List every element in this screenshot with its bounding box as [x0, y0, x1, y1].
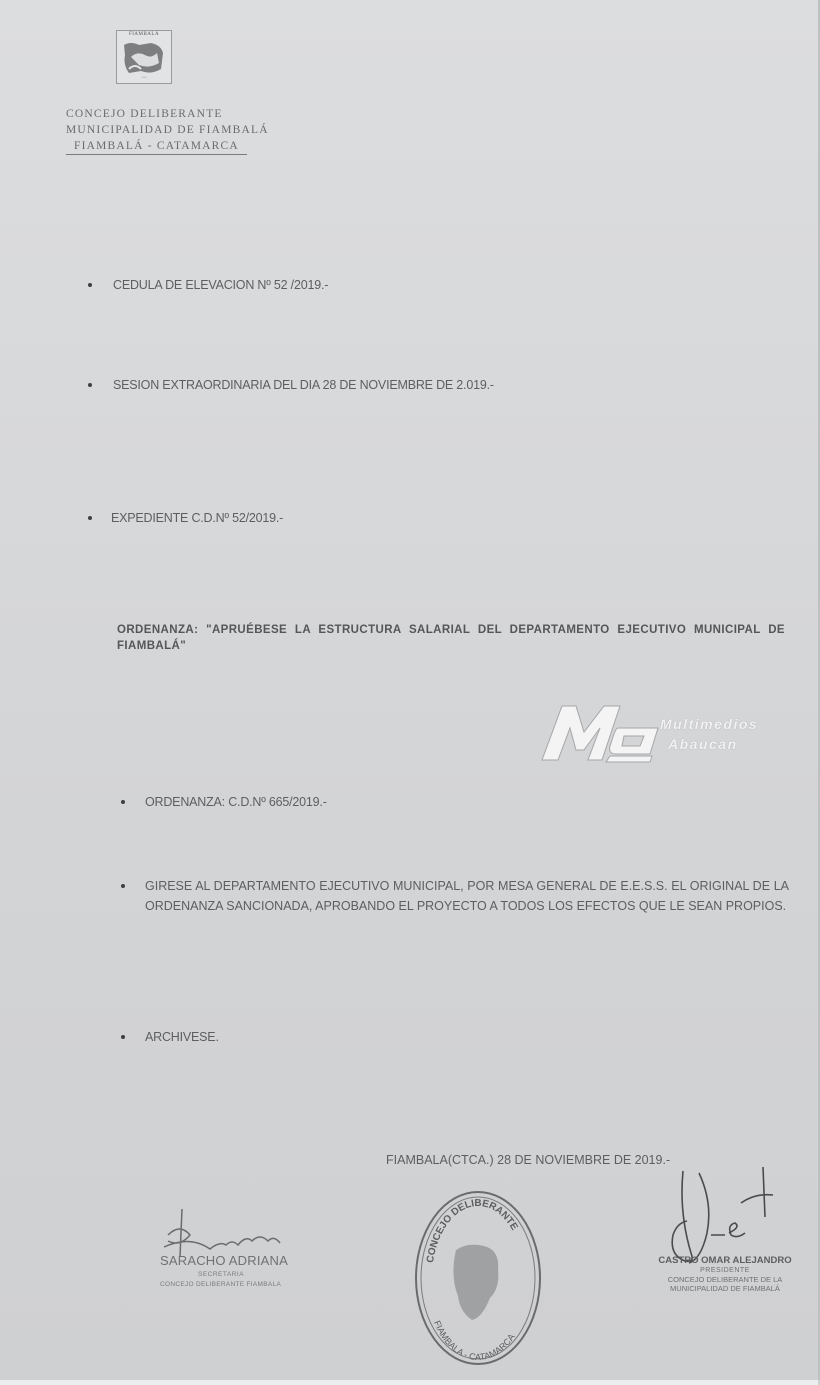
list-item-archivese: ARCHIVESE.	[121, 1030, 219, 1044]
ordinance-title: ORDENANZA: "APRUÉBESE LA ESTRUCTURA SALA…	[117, 622, 785, 654]
bullet-icon	[88, 383, 92, 387]
president-org-line2: MUNICIPALIDAD DE FIAMBALÁ	[640, 1284, 810, 1293]
letterhead-line-location: FIAMBALÁ - CATAMARCA	[66, 138, 247, 155]
president-name: CASTRO OMAR ALEJANDRO	[640, 1255, 810, 1266]
president-org-line1: CONCEJO DELIBERANTE DE LA	[640, 1275, 810, 1284]
bullet-icon	[88, 516, 92, 520]
list-item-ordenanza: ORDENANZA: C.D.Nº 665/2019.-	[121, 795, 327, 809]
secretary-name: SARACHO ADRIANA	[160, 1253, 288, 1268]
signature-block-president: CASTRO OMAR ALEJANDRO PRESIDENTE CONCEJO…	[640, 1255, 810, 1293]
list-item-sesion: SESION EXTRAORDINARIA DEL DIA 28 DE NOVI…	[88, 378, 494, 392]
document-page: FIAMBALA • • • CONCEJO DELIBERANTE MUNIC…	[0, 0, 820, 1380]
archivese-text: ARCHIVESE.	[145, 1030, 219, 1044]
president-role: PRESIDENTE	[640, 1266, 810, 1275]
bullet-icon	[121, 800, 125, 804]
watermark-text: Multimedios Abaucan	[660, 714, 758, 754]
watermark-line2: Abaucan	[660, 734, 758, 754]
letterhead-line-municipality: MUNICIPALIDAD DE FIAMBALÁ	[66, 122, 269, 138]
letterhead-line-council: CONCEJO DELIBERANTE	[66, 106, 269, 122]
ordenanza-number-text: ORDENANZA: C.D.Nº 665/2019.-	[145, 795, 327, 809]
municipal-emblem-icon: • • •	[121, 39, 167, 79]
list-item-girese: GIRESE AL DEPARTAMENTO EJECUTIVO MUNICIP…	[145, 876, 789, 916]
list-item-cedula: CEDULA DE ELEVACION Nº 52 /2019.-	[88, 278, 328, 292]
watermark-line1: Multimedios	[660, 714, 758, 734]
place-date: FIAMBALA(CTCA.) 28 DE NOVIEMBRE DE 2019.…	[386, 1153, 670, 1167]
sesion-text: SESION EXTRAORDINARIA DEL DIA 28 DE NOVI…	[113, 378, 494, 392]
official-seal-icon: CONCEJO DELIBERANTE FIAMBALA - CATAMARCA	[410, 1188, 546, 1368]
bullet-icon	[121, 884, 125, 888]
bullet-icon	[88, 283, 92, 287]
secretary-org: CONCEJO DELIBERANTE FIAMBALA	[160, 1281, 281, 1288]
expediente-text: EXPEDIENTE C.D.Nº 52/2019.-	[111, 511, 283, 525]
bullet-icon	[121, 1035, 125, 1039]
logo-caption: FIAMBALA	[117, 32, 171, 37]
svg-text:• • •: • • •	[142, 75, 147, 79]
letterhead-logo: FIAMBALA • • •	[116, 30, 172, 84]
cedula-text: CEDULA DE ELEVACION Nº 52 /2019.-	[113, 278, 328, 292]
list-item-expediente: EXPEDIENTE C.D.Nº 52/2019.-	[88, 511, 283, 525]
letterhead-text: CONCEJO DELIBERANTE MUNICIPALIDAD DE FIA…	[66, 106, 269, 155]
secretary-role: SECRETARIA	[198, 1271, 244, 1278]
